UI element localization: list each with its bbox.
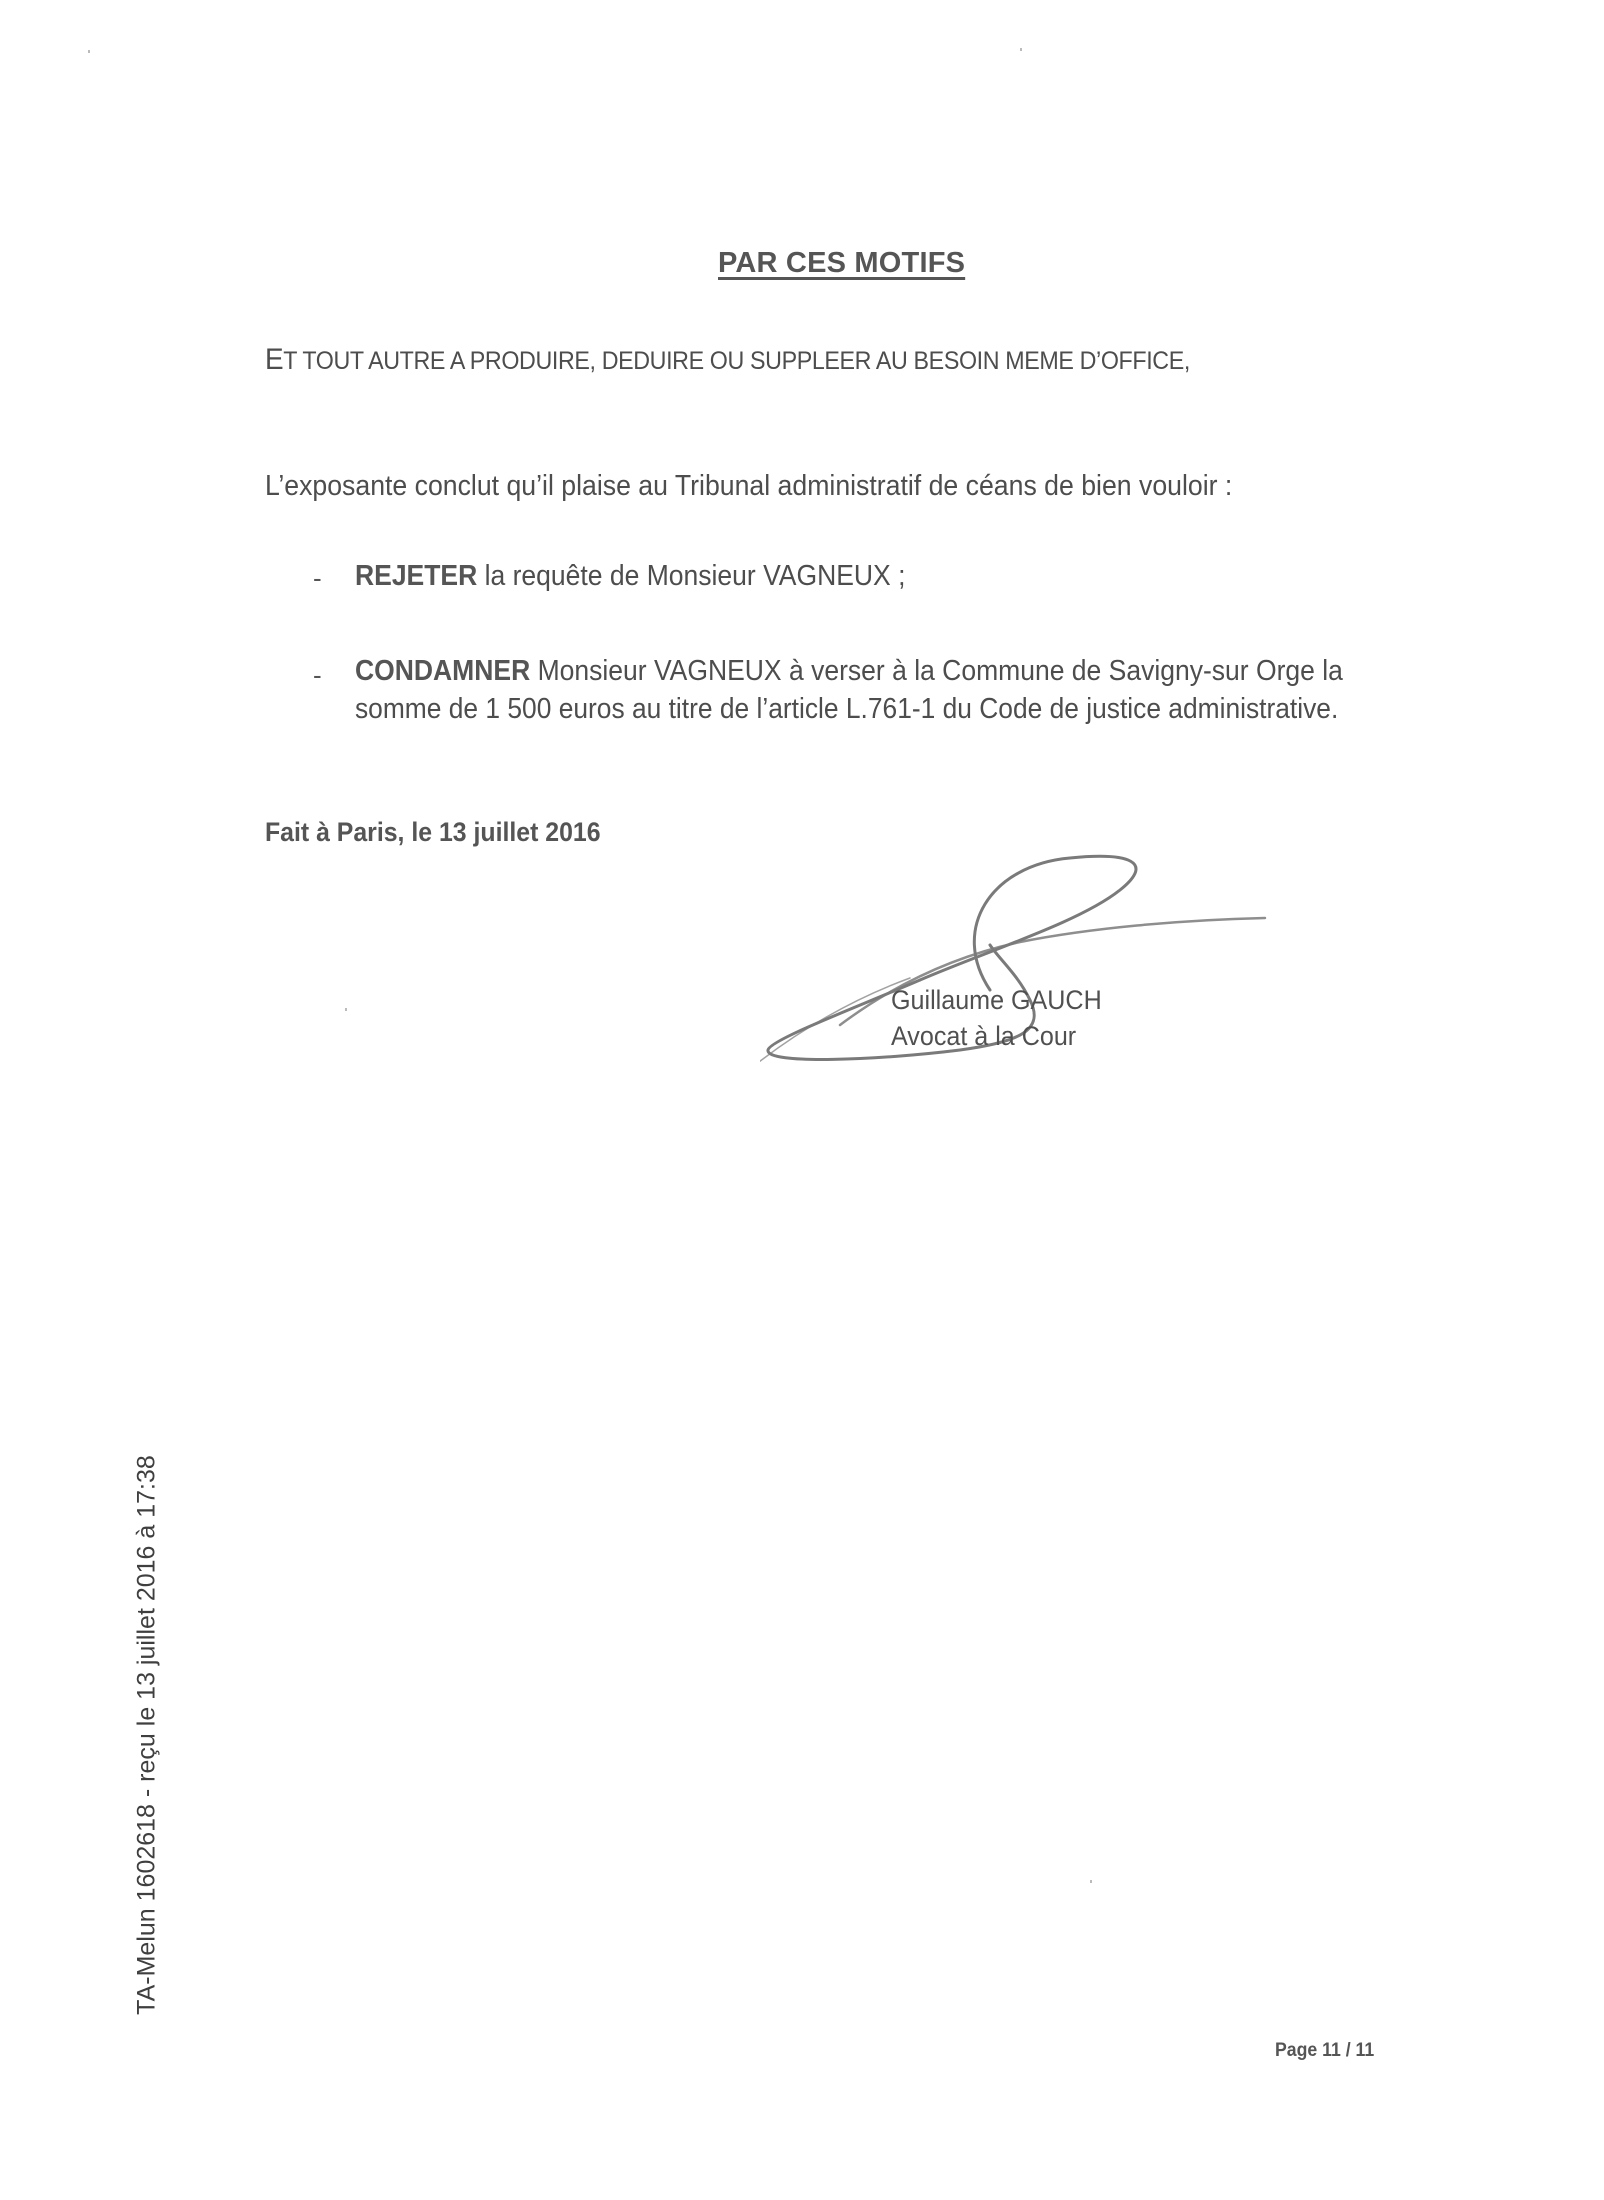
page-number: Page 11 / 11 <box>1275 2040 1374 2062</box>
scan-speck <box>1090 1880 1092 1883</box>
formula-first-letter: E <box>265 343 283 376</box>
intro-paragraph: L’exposante conclut qu’il plaise au Trib… <box>265 470 1232 503</box>
scan-speck <box>345 1008 347 1011</box>
place-date: Fait à Paris, le 13 juillet 2016 <box>265 817 601 848</box>
scan-speck <box>88 50 90 53</box>
formula-line: ET TOUT AUTRE A PRODUIRE, DEDUIRE OU SUP… <box>265 343 1190 377</box>
request-reject: REJETER la requête de Monsieur VAGNEUX ; <box>355 560 905 593</box>
bullet-dash: - <box>313 660 322 691</box>
signatory-name: Guillaume GAUCH <box>891 985 1102 1016</box>
section-heading: PAR CES MOTIFS <box>718 247 965 280</box>
receipt-stamp: TA-Melun 1602618 - reçu le 13 juillet 20… <box>133 1455 162 2015</box>
request-condemn-continuation: somme de 1 500 euros au titre de l’artic… <box>355 693 1338 726</box>
request-text: Monsieur VAGNEUX à verser à la Commune d… <box>530 655 1343 687</box>
request-keyword: CONDAMNER <box>355 655 530 687</box>
request-condemn: CONDAMNER Monsieur VAGNEUX à verser à la… <box>355 655 1343 688</box>
bullet-dash: - <box>313 563 322 594</box>
signatory-title: Avocat à la Cour <box>891 1021 1076 1052</box>
scan-speck <box>1020 48 1022 51</box>
request-text: la requête de Monsieur VAGNEUX ; <box>477 560 905 592</box>
request-keyword: REJETER <box>355 560 477 592</box>
formula-rest: T TOUT AUTRE A PRODUIRE, DEDUIRE OU SUPP… <box>283 347 1190 375</box>
